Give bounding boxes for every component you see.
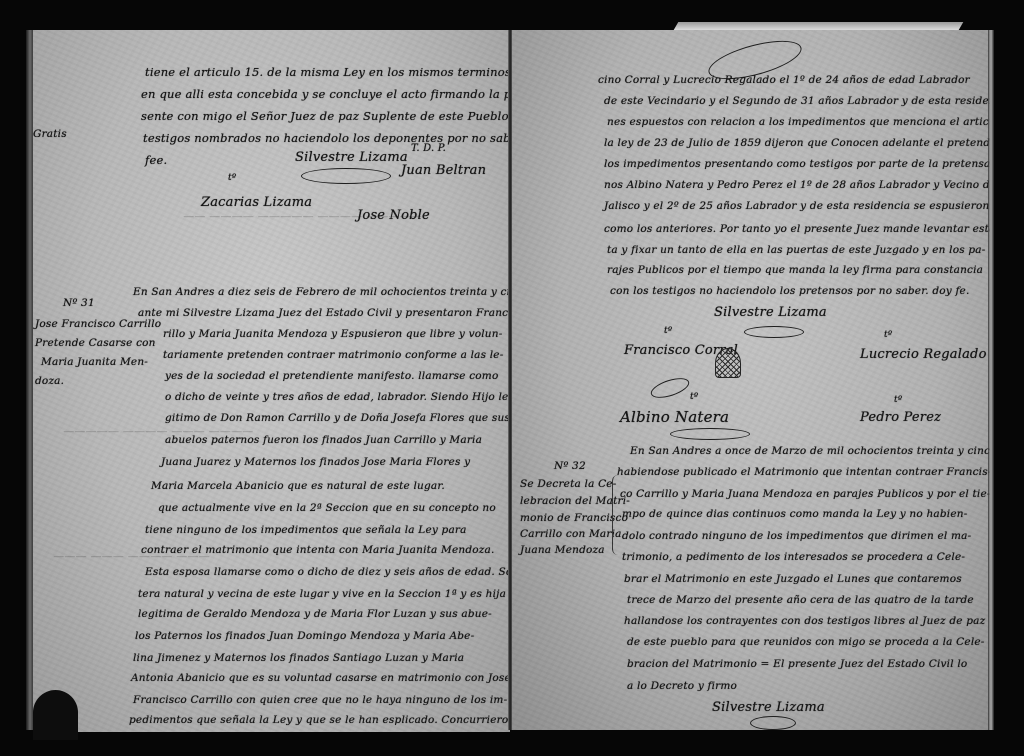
body-line: Juana Juarez y Maternos los finados Jose… xyxy=(161,456,470,468)
body-line: testigos nombrados no haciendolo los dep… xyxy=(143,131,510,145)
signature-flourish xyxy=(670,428,750,440)
scanned-document: ————— ———— ————— ———— —— ———— ——— ———— —… xyxy=(0,0,1024,756)
body-line: en que alli esta concebida y se concluye… xyxy=(141,87,510,101)
right-page: cino Corral y Lucrecio Regalado el 1º de… xyxy=(512,30,990,730)
body-line: habiendose publicado el Matrimonio que i… xyxy=(617,466,990,478)
entry-number: Nº 31 xyxy=(63,297,95,309)
signature-judge: Silvestre Lizama xyxy=(295,150,408,165)
body-line: los impedimentos presentando como testig… xyxy=(604,158,990,170)
body-line: nes espuestos con relacion a los impedim… xyxy=(607,116,990,128)
body-line: la ley de 23 de Julio de 1859 dijeron qu… xyxy=(604,137,990,149)
body-line: Antonia Abanicio que es su voluntad casa… xyxy=(131,672,510,684)
body-line: como los anteriores. Por tanto yo el pre… xyxy=(604,223,990,235)
left-page: ————— ———— ————— ———— —— ———— ——— ———— —… xyxy=(33,30,510,732)
body-line: Jalisco y el 2º de 25 años Labrador y de… xyxy=(604,200,990,212)
body-line: tariamente pretenden contraer matrimonio… xyxy=(163,349,503,361)
body-line: pedimentos que señala la Ley y que se le… xyxy=(129,714,510,726)
body-line: abuelos paternos fueron los finados Juan… xyxy=(165,434,482,446)
body-line: hallandose los contrayentes con dos test… xyxy=(624,615,985,627)
body-line: que actualmente vive en la 2ª Seccion qu… xyxy=(158,502,496,514)
body-line: sente con migo el Señor Juez de paz Supl… xyxy=(141,109,510,123)
margin-line: doza. xyxy=(35,375,64,387)
witness-label: tº xyxy=(690,392,698,402)
signature-judge: Silvestre Lizama xyxy=(712,700,825,715)
body-line: fee. xyxy=(145,153,167,167)
witness-label: tº xyxy=(884,330,892,340)
body-line: o dicho de veinte y tres años de edad, l… xyxy=(165,391,510,403)
body-line: de este Vecindario y el Segundo de 31 añ… xyxy=(604,95,990,107)
signature-flourish xyxy=(744,326,804,338)
body-line: Maria Marcela Abanicio que es natural de… xyxy=(151,480,445,492)
witness-label: tº xyxy=(664,326,672,336)
body-line: nos Albino Natera y Pedro Perez el 1º de… xyxy=(604,179,990,191)
signature-label: T. D. P. xyxy=(411,143,446,154)
page-top-edge xyxy=(674,22,964,30)
body-line: yes de la sociedad el pretendiente manif… xyxy=(165,370,498,382)
body-line: tera natural y vecina de este lugar y vi… xyxy=(138,588,506,600)
signature-flourish xyxy=(649,374,692,402)
entry-number: Nº 32 xyxy=(554,460,586,472)
signature-flourish xyxy=(750,716,796,730)
margin-line: Juana Mendoza xyxy=(520,544,605,556)
body-line: gitimo de Don Ramon Carrillo y de Doña J… xyxy=(165,412,510,424)
witness-label: tº xyxy=(228,173,236,183)
signature-juan-beltran: Juan Beltran xyxy=(401,163,486,178)
margin-brace xyxy=(612,475,618,555)
body-line: los Paternos los finados Juan Domingo Me… xyxy=(135,630,474,642)
body-line: dolo contrado ninguno de los impedimento… xyxy=(622,530,971,542)
body-line: legitima de Geraldo Mendoza y de Maria F… xyxy=(138,608,492,620)
margin-line: Se Decreta la Ce- xyxy=(520,478,616,490)
body-line: ta y fixar un tanto de ella en las puert… xyxy=(607,244,985,256)
body-line: Esta esposa llamarse como o dicho de die… xyxy=(145,566,510,578)
body-line: ante mi Silvestre Lizama Juez del Estado… xyxy=(138,307,510,319)
body-line: lina Jimenez y Maternos los finados Sant… xyxy=(133,652,464,664)
signature-judge: Silvestre Lizama xyxy=(714,305,827,320)
body-line: Francisco Carrillo con quien cree que no… xyxy=(133,694,507,706)
body-line: bracion del Matrimonio = El presente Jue… xyxy=(627,658,967,670)
signature-witness: Albino Natera xyxy=(620,408,729,426)
body-line: con los testigos no haciendolo los prete… xyxy=(610,285,970,297)
signature-flourish xyxy=(301,168,391,184)
body-line: tiene el articulo 15. de la misma Ley en… xyxy=(145,65,510,79)
body-line: En San Andres a once de Marzo de mil och… xyxy=(630,445,990,457)
body-line: trece de Marzo del presente año cera de … xyxy=(627,594,974,606)
page-corner-shadow xyxy=(33,690,78,740)
margin-line: Maria Juanita Men- xyxy=(41,356,148,368)
margin-line: Pretende Casarse con xyxy=(35,337,156,349)
signature-witness: Zacarias Lizama xyxy=(201,195,312,210)
witness-mark-cross xyxy=(715,348,741,378)
body-line: rajes Publicos por el tiempo que manda l… xyxy=(607,264,983,276)
margin-line: Carrillo con Maria xyxy=(520,528,622,540)
body-line: de este pueblo para que reunidos con mig… xyxy=(627,636,985,648)
margin-note-gratis: Gratis xyxy=(33,128,67,140)
body-line: a lo Decreto y firmo xyxy=(627,680,737,692)
body-line: brar el Matrimonio en este Juzgado el Lu… xyxy=(624,573,962,585)
body-line: tiene ninguno de los impedimentos que se… xyxy=(145,524,467,536)
page-right-edge xyxy=(988,30,994,730)
signature-witness: Pedro Perez xyxy=(860,410,941,425)
body-line: contraer el matrimonio que intenta con M… xyxy=(141,544,495,556)
body-line: trimonio, a pedimento de los interesados… xyxy=(622,551,965,563)
body-line: co Carrillo y Maria Juana Mendoza en par… xyxy=(620,488,990,500)
body-line: En San Andres a diez seis de Febrero de … xyxy=(133,286,510,298)
margin-line: Jose Francisco Carrillo xyxy=(35,318,161,330)
body-line: rillo y Maria Juanita Mendoza y Espusier… xyxy=(163,328,502,340)
body-line: cino Corral y Lucrecio Regalado el 1º de… xyxy=(598,74,970,86)
body-line: mpo de quince dias continuos como manda … xyxy=(622,508,967,520)
signature-witness: Lucrecio Regalado xyxy=(860,347,987,362)
signature-witness: Jose Noble xyxy=(357,208,430,223)
witness-label: tº xyxy=(894,395,902,405)
